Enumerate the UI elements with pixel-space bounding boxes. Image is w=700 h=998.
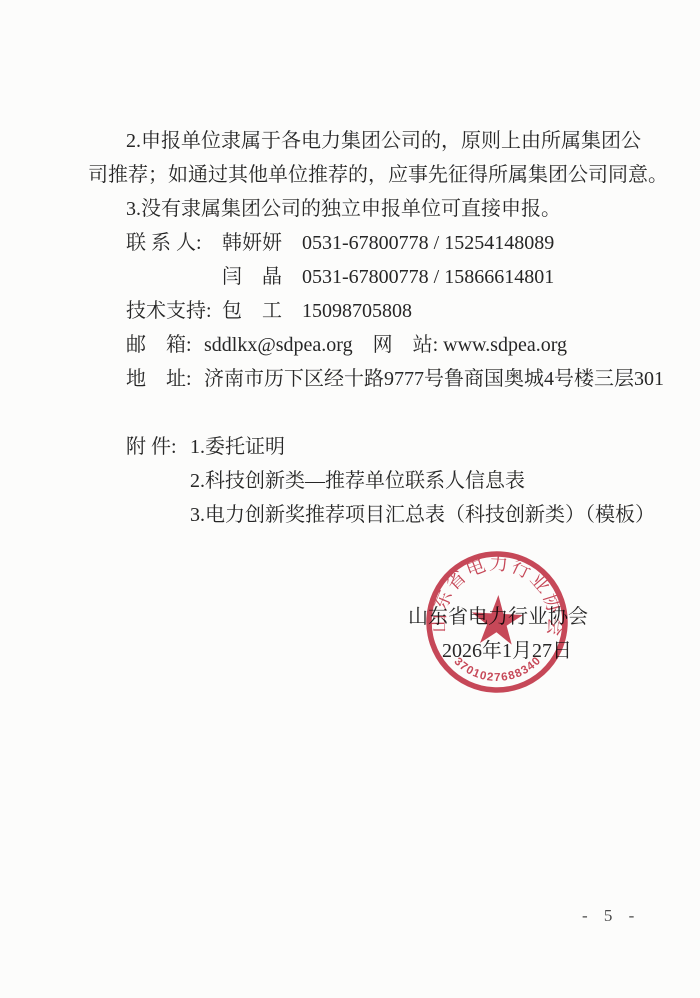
attachments-label: 附 件: <box>126 430 190 532</box>
attachment-item: 2.科技创新类—推荐单位联系人信息表 <box>190 464 655 498</box>
paragraph-line: 3.没有隶属集团公司的独立申报单位可直接申报。 <box>88 192 654 226</box>
contact-row: 地 址: 济南市历下区经十路9777号鲁商国奥城4号楼三层301 <box>88 362 654 396</box>
attachment-item: 1.委托证明 <box>190 430 655 464</box>
contact-row: 邮 箱: sddlkx@sdpea.org 网 站: www.sdpea.org <box>88 328 654 362</box>
contact-value: sddlkx@sdpea.org 网 站: www.sdpea.org <box>204 328 567 362</box>
official-seal: 山东省电力行业协会 3701027688340 <box>418 543 576 701</box>
contact-row: 技术支持: 包 工 15098705808 <box>88 294 654 328</box>
attachments-block: 附 件: 1.委托证明 2.科技创新类—推荐单位联系人信息表 3.电力创新奖推荐… <box>88 430 654 532</box>
contact-row: 闫 晶 0531-67800778 / 15866614801 <box>88 260 654 294</box>
contact-label: 技术支持: <box>126 294 222 328</box>
attachments-list: 1.委托证明 2.科技创新类—推荐单位联系人信息表 3.电力创新奖推荐项目汇总表… <box>190 430 655 532</box>
contact-label: 联 系 人: <box>126 226 222 260</box>
paragraph-line: 司推荐；如通过其他单位推荐的，应事先征得所属集团公司同意。 <box>88 158 654 192</box>
contact-label <box>126 260 222 294</box>
contact-label: 邮 箱: <box>126 328 204 362</box>
star-icon <box>470 594 524 645</box>
contact-value: 韩妍妍 0531-67800778 / 15254148089 <box>222 226 554 260</box>
paragraph-line: 2.申报单位隶属于各电力集团公司的，原则上由所属集团公 <box>88 124 654 158</box>
contact-value: 闫 晶 0531-67800778 / 15866614801 <box>222 260 554 294</box>
blank-line <box>88 396 654 430</box>
contact-label: 地 址: <box>126 362 204 396</box>
contact-row: 联 系 人: 韩妍妍 0531-67800778 / 15254148089 <box>88 226 654 260</box>
contact-value: 包 工 15098705808 <box>222 294 412 328</box>
contact-value: 济南市历下区经十路9777号鲁商国奥城4号楼三层301 <box>204 362 664 396</box>
document-page: 2.申报单位隶属于各电力集团公司的，原则上由所属集团公 司推荐；如通过其他单位推… <box>0 0 700 998</box>
page-number: - 5 - <box>582 906 640 926</box>
attachment-item: 3.电力创新奖推荐项目汇总表（科技创新类）（模板） <box>190 498 655 532</box>
